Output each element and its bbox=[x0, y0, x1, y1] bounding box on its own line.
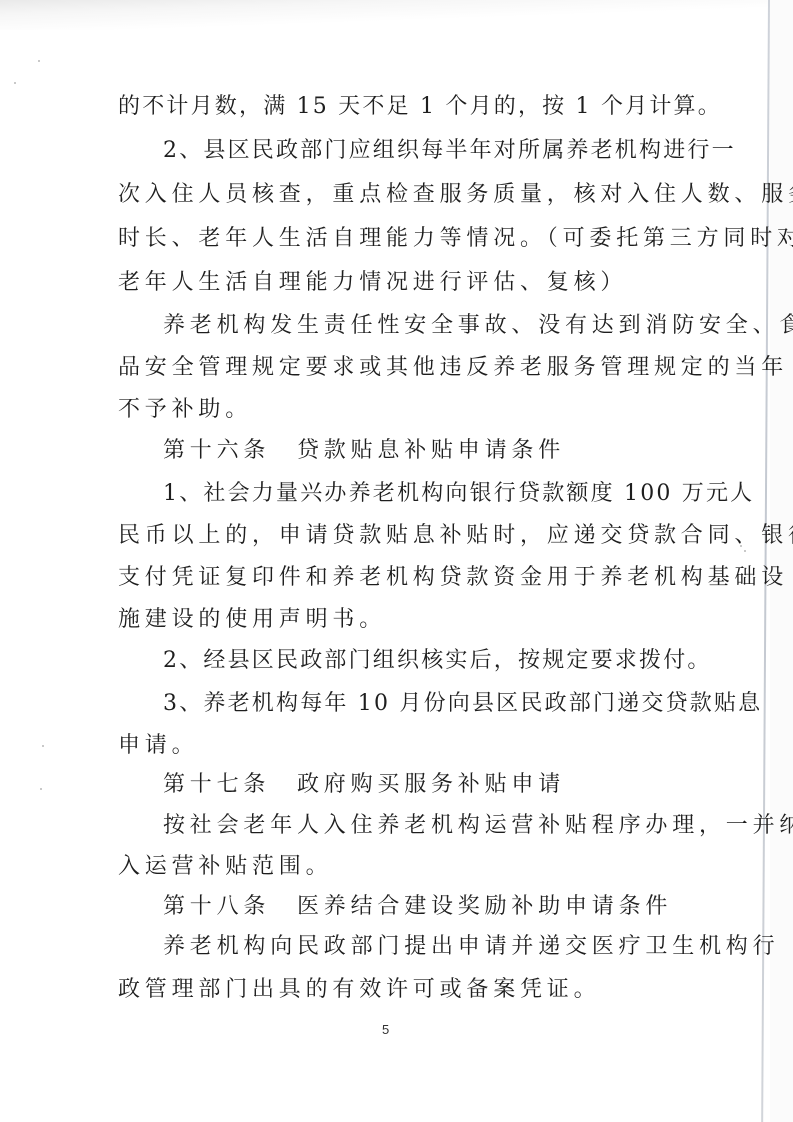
text-line: 的不计月数，满 15 天不足 1 个月的，按 1 个月计算。 bbox=[118, 93, 688, 121]
text-line: 3、养老机构每年 10 月份向县区民政部门递交贷款贴息 bbox=[163, 690, 733, 718]
text-line: 养老机构发生责任性安全事故、没有达到消防安全、食 bbox=[163, 312, 733, 340]
document-page: 的不计月数，满 15 天不足 1 个月的，按 1 个月计算。 2、县区民政部门应… bbox=[0, 0, 793, 1122]
text-line: 按社会老年人入住养老机构运营补贴程序办理，一并纳 bbox=[163, 812, 733, 840]
text-line: 2、经县区民政部门组织核实后，按规定要求拨付。 bbox=[163, 647, 733, 675]
text-line: 申请。 bbox=[118, 732, 688, 760]
article-heading: 第十六条 贷款贴息补贴申请条件 bbox=[163, 437, 733, 465]
scan-speck bbox=[744, 550, 746, 552]
text-line: 时长、老年人生活自理能力等情况。（可委托第三方同时对 bbox=[118, 225, 688, 253]
text-line: 1、社会力量兴办养老机构向银行贷款额度 100 万元人 bbox=[163, 480, 733, 508]
scan-speck bbox=[740, 545, 742, 547]
text-line: 施建设的使用声明书。 bbox=[118, 606, 688, 634]
text-line: 入运营补贴范围。 bbox=[118, 853, 688, 881]
scan-speck bbox=[40, 788, 42, 790]
article-heading: 第十八条 医养结合建设奖励补助申请条件 bbox=[163, 893, 733, 921]
text-line: 民币以上的，申请贷款贴息补贴时，应递交贷款合同、银行 bbox=[118, 522, 688, 550]
text-line: 次入住人员核查，重点检查服务质量，核对入住人数、服务 bbox=[118, 181, 688, 209]
scan-speck bbox=[42, 745, 44, 747]
text-line: 不予补助。 bbox=[118, 396, 688, 424]
text-line: 支付凭证复印件和养老机构贷款资金用于养老机构基础设 bbox=[118, 564, 688, 592]
text-line: 养老机构向民政部门提出申请并递交医疗卫生机构行 bbox=[163, 933, 733, 961]
scan-speck bbox=[260, 320, 262, 322]
text-line: 老年人生活自理能力情况进行评估、复核） bbox=[118, 269, 688, 297]
page-number: 5 bbox=[382, 1022, 389, 1037]
text-line: 品安全管理规定要求或其他违反养老服务管理规定的当年 bbox=[118, 354, 688, 382]
article-heading: 第十七条 政府购买服务补贴申请 bbox=[163, 771, 733, 799]
text-line: 政管理部门出具的有效许可或备案凭证。 bbox=[118, 976, 688, 1004]
scan-speck bbox=[38, 60, 40, 62]
scan-speck bbox=[14, 82, 16, 84]
text-line: 2、县区民政部门应组织每半年对所属养老机构进行一 bbox=[163, 137, 733, 165]
